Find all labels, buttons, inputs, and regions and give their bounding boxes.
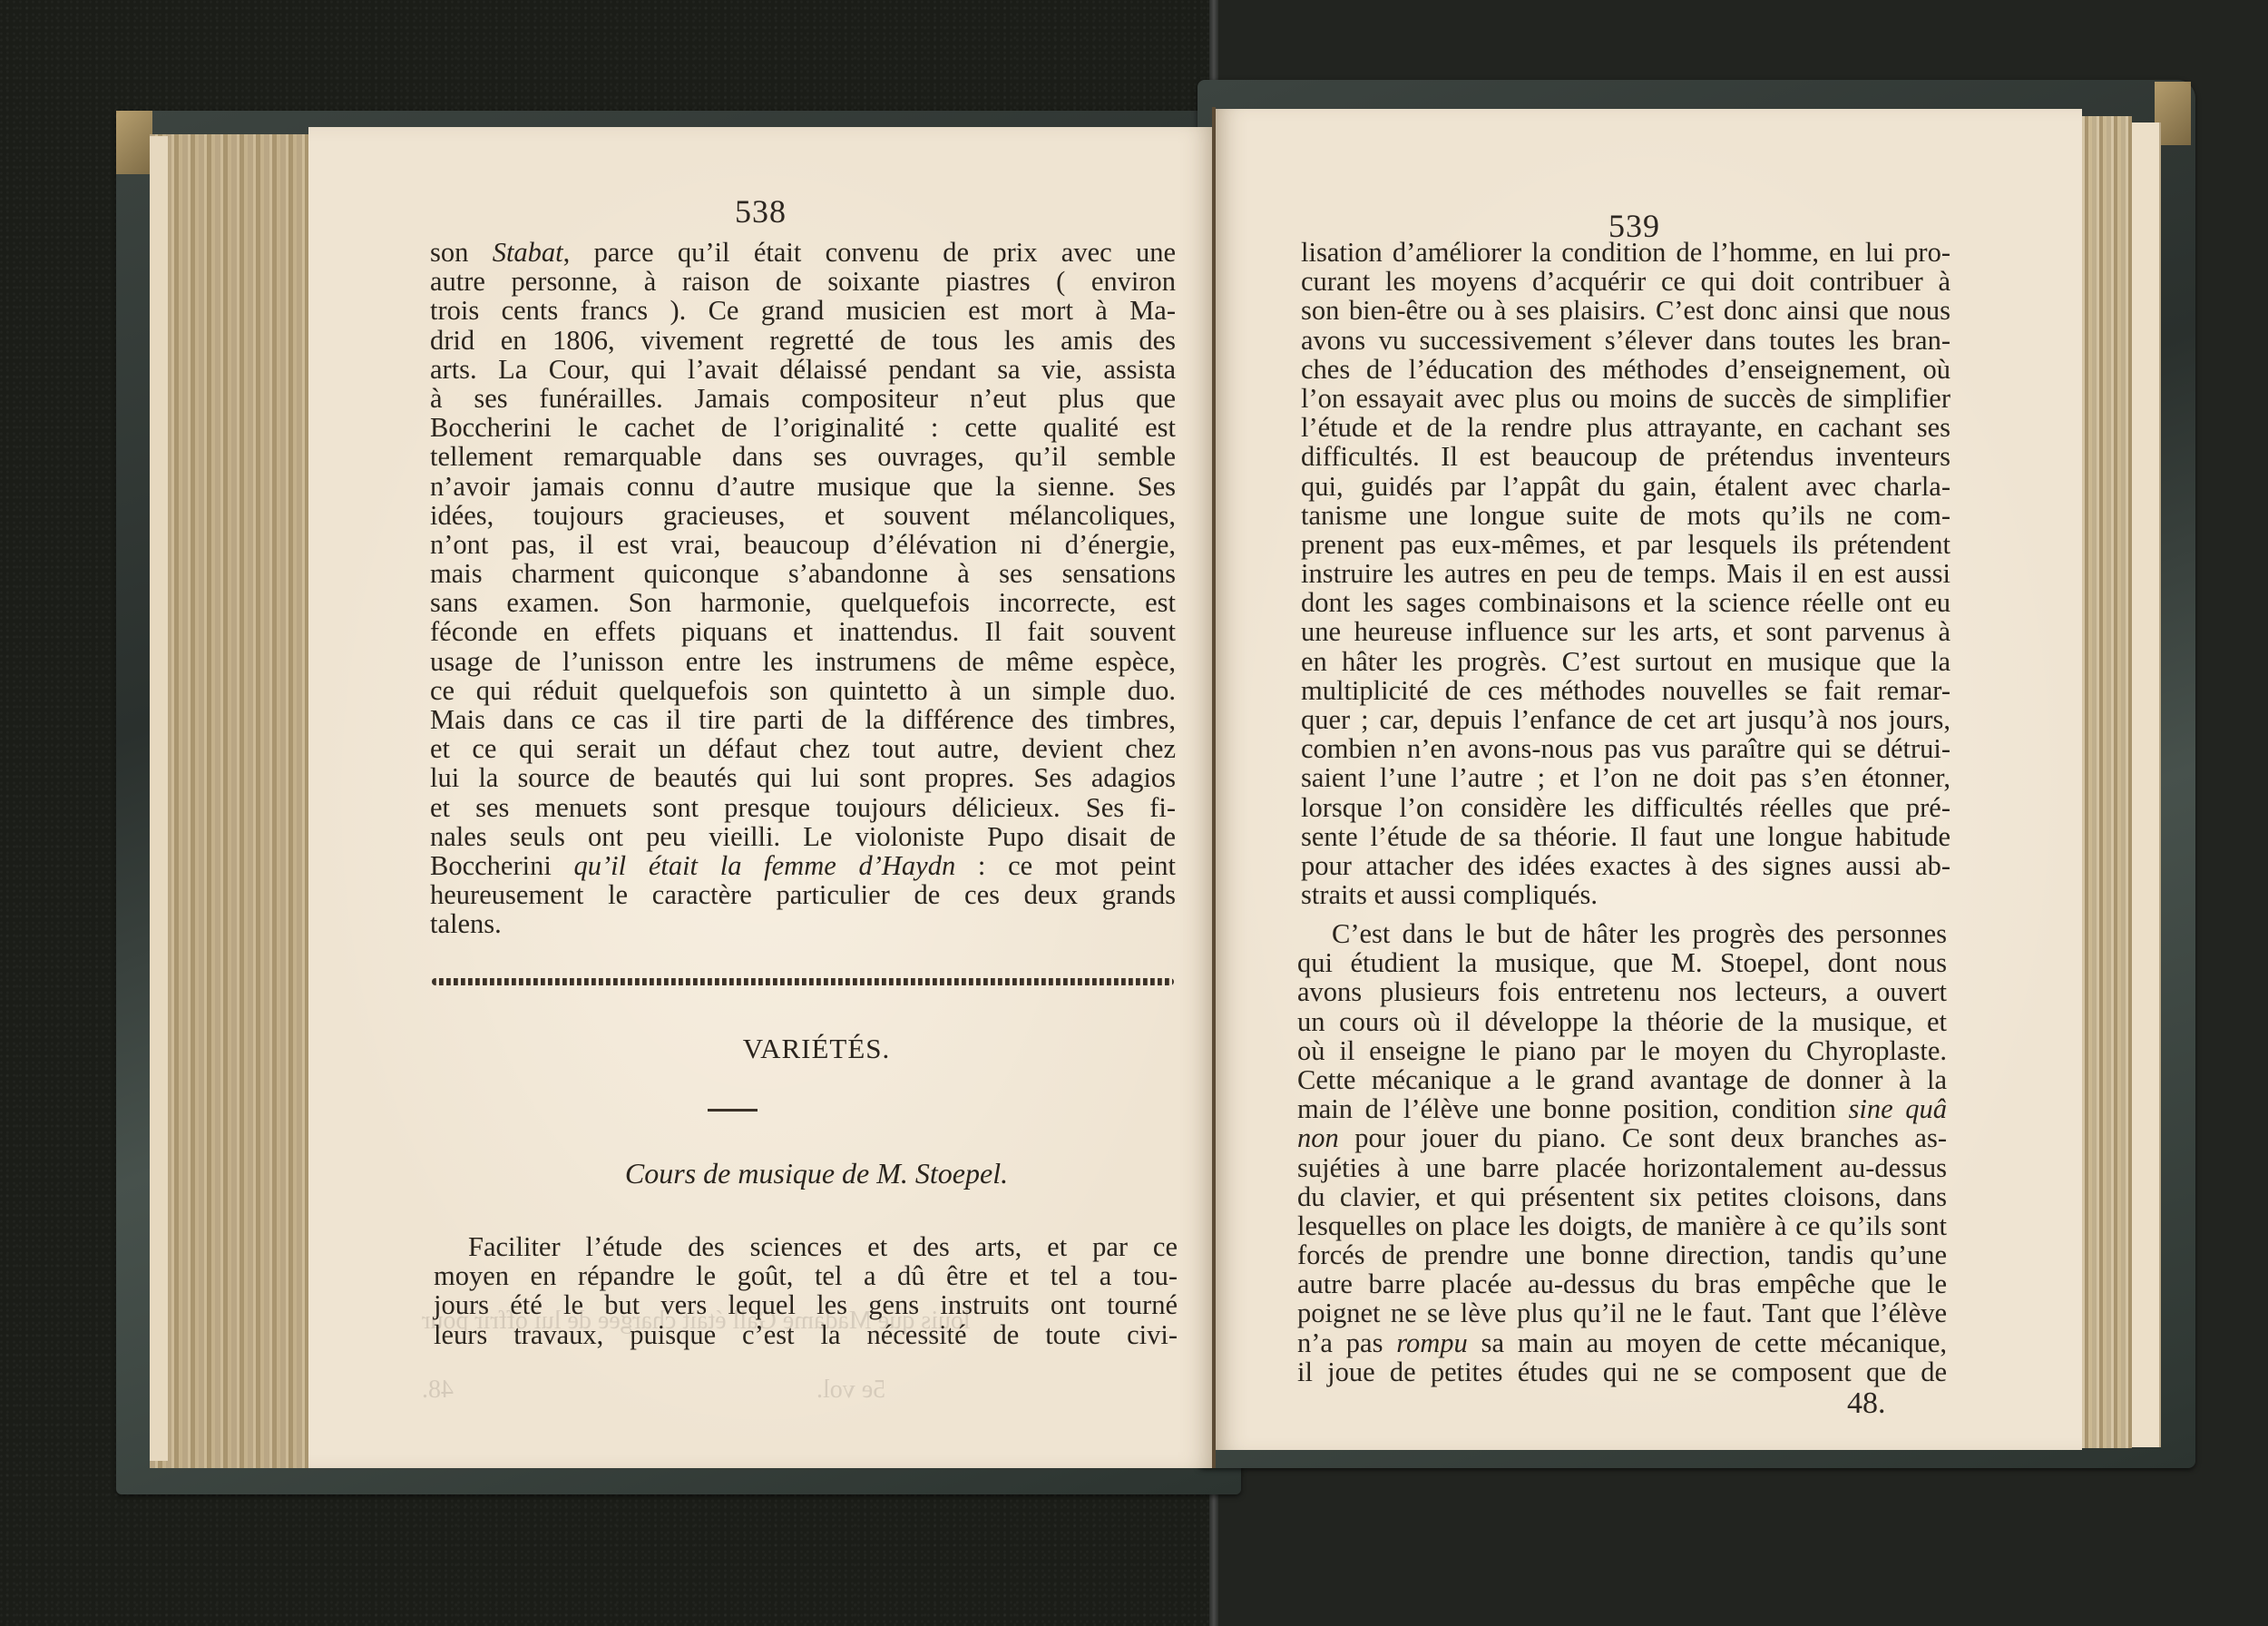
text-line: où il enseigne le piano par le moyen du … (1297, 1036, 1947, 1065)
text-line: autre barre placée au-dessus du bras emp… (1297, 1269, 1947, 1298)
text-line: à ses funérailles. Jamais compositeur n’… (430, 384, 1176, 413)
text-line: ches de l’éducation des méthodes d’ensei… (1301, 355, 1950, 384)
text-line: difficultés. Il est beaucoup de prétendu… (1301, 442, 1950, 471)
text-line: qui, guidés par l’appât du gain, étalent… (1301, 472, 1950, 501)
text-line: main de l’élève une bonne position, cond… (1297, 1094, 1947, 1123)
show-through-text: 48. (422, 1376, 454, 1405)
text-line: en hâter les progrès. C’est surtout en m… (1301, 647, 1950, 676)
text-line: curant les moyens d’acquérir ce qui doit… (1301, 267, 1950, 296)
text-line: n’a pas rompu sa main au moyen de cette … (1297, 1328, 1947, 1357)
text-line: multiplicité de ces méthodes nouvelles s… (1301, 676, 1950, 705)
text-line: du clavier, et qui présentent six petite… (1297, 1182, 1947, 1211)
text-line: un cours où il développe la théorie de l… (1297, 1007, 1947, 1036)
text-line: straits et aussi compliqués. (1301, 880, 1950, 909)
page-edges-right (2077, 116, 2132, 1448)
text-line: ce qui réduit quelquefois son quintetto … (430, 676, 1176, 705)
text-line: poignet ne se lève plus qu’il ne le faut… (1297, 1298, 1947, 1327)
text-line: Boccherini le cachet de l’originalité : … (430, 413, 1176, 442)
text-line: sans examen. Son harmonie, quelquefois i… (430, 588, 1176, 617)
text-line: lorsque l’on considère les difficultés r… (1301, 793, 1950, 822)
text-line: n’avoir jamais connu d’autre musique que… (430, 472, 1176, 501)
text-line: non pour jouer du piano. Ce sont deux br… (1297, 1123, 1947, 1152)
text-line: forcés de prendre une bonne direction, t… (1297, 1240, 1947, 1269)
text-line: Mais dans ce cas il tire parti de la dif… (430, 705, 1176, 734)
right-page-paragraph-2: C’est dans le but de hâter les progrès d… (1297, 919, 1947, 1386)
text-line: quer ; car, depuis l’enfance de cet art … (1301, 705, 1950, 734)
heading-rule (708, 1109, 758, 1112)
section-heading: VARIÉTÉS. (590, 1033, 1043, 1065)
text-line: et ses menuets sont presque toujours dél… (430, 793, 1176, 822)
text-line: pour attacher des idées exactes à des si… (1301, 851, 1950, 880)
text-line: moyen en répandre le goût, tel a dû être… (434, 1261, 1178, 1290)
book-gutter (1212, 107, 1216, 1468)
endpaper-right (2132, 122, 2161, 1447)
text-line: l’on essayait avec plus ou moins de succ… (1301, 384, 1950, 413)
show-through-text: 5e vol. (816, 1376, 885, 1405)
text-line: Cette mécanique a le grand avantage de d… (1297, 1065, 1947, 1094)
text-line: tellement remarquable dans ses ouvrages,… (430, 442, 1176, 471)
text-line: lesquelles on place les doigts, de maniè… (1297, 1211, 1947, 1240)
endpaper-left (150, 136, 168, 1461)
text-line: nales seuls ont peu vieilli. Le violonis… (430, 822, 1176, 851)
text-line: sujéties à une barre placée horizontalem… (1297, 1153, 1947, 1182)
text-line: avons vu successivement s’élever dans to… (1301, 326, 1950, 355)
text-line: drid en 1806, vivement regretté de tous … (430, 326, 1176, 355)
right-page-paragraph-1: lisation d’améliorer la condition de l’h… (1301, 238, 1950, 909)
signature-mark: 48. (1847, 1386, 1886, 1421)
text-line: l’étude et de la rendre plus attrayante,… (1301, 413, 1950, 442)
text-line: heureusement le caractère particulier de… (430, 880, 1176, 909)
text-line: n’ont pas, il est vrai, beaucoup d’éléva… (430, 530, 1176, 559)
page-edges-left (150, 134, 313, 1468)
text-line: féconde en effets piquans et inattendus.… (430, 617, 1176, 646)
text-line: dont les sages combinaisons et la scienc… (1301, 588, 1950, 617)
text-line: trois cents francs ). Ce grand musicien … (430, 296, 1176, 325)
text-line: sente l’étude de sa théorie. Il faut une… (1301, 822, 1950, 851)
text-line: autre personne, à raison de soixante pia… (430, 267, 1176, 296)
article-body-start: Faciliter l’étude des sciences et des ar… (434, 1232, 1178, 1349)
left-page-body: son Stabat, parce qu’il était convenu de… (430, 238, 1176, 939)
text-line: une heureuse influence sur les arts, et … (1301, 617, 1950, 646)
text-line: usage de l’unisson entre les instrumens … (430, 647, 1176, 676)
text-line: jours été le but vers lequel les gens in… (434, 1290, 1178, 1319)
text-line: lui la source de beautés qui lui sont pr… (430, 763, 1176, 792)
text-line: son Stabat, parce qu’il était convenu de… (430, 238, 1176, 267)
ornamental-divider (432, 978, 1174, 985)
text-line: et ce qui serait un défaut chez tout aut… (430, 734, 1176, 763)
text-line: mais charment quiconque s’abandonne à se… (430, 559, 1176, 588)
article-title: Cours de musique de M. Stoepel. (508, 1157, 1125, 1190)
text-line: qui étudient la musique, que M. Stoepel,… (1297, 948, 1947, 977)
text-line: il joue de petites études qui ne se comp… (1297, 1357, 1947, 1386)
text-line: Boccherini qu’il était la femme d’Haydn … (430, 851, 1176, 880)
text-line: leurs travaux, puisque c’est la nécessit… (434, 1320, 1178, 1349)
text-line: avons plusieurs fois entretenu nos lecte… (1297, 977, 1947, 1006)
text-line: lisation d’améliorer la condition de l’h… (1301, 238, 1950, 267)
page-number-left: 538 (735, 192, 787, 230)
text-line: prenent pas eux-mêmes, et par lesquels i… (1301, 530, 1950, 559)
text-line: idées, toujours gracieuses, et souvent m… (430, 501, 1176, 530)
text-line: arts. La Cour, qui l’avait délaissé pend… (430, 355, 1176, 384)
text-line: C’est dans le but de hâter les progrès d… (1297, 919, 1947, 948)
text-line: son bien-être ou à ses plaisirs. C’est d… (1301, 296, 1950, 325)
text-line: talens. (430, 909, 1176, 938)
text-line: tanisme une longue suite de mots qu’ils … (1301, 501, 1950, 530)
text-line: Faciliter l’étude des sciences et des ar… (434, 1232, 1178, 1261)
text-line: combien n’en avons-nous pas vus paraître… (1301, 734, 1950, 763)
cover-corner-wear (116, 111, 152, 174)
text-line: instruire les autres en peu de temps. Ma… (1301, 559, 1950, 588)
text-line: saient l’une l’autre ; et l’on ne doit p… (1301, 763, 1950, 792)
